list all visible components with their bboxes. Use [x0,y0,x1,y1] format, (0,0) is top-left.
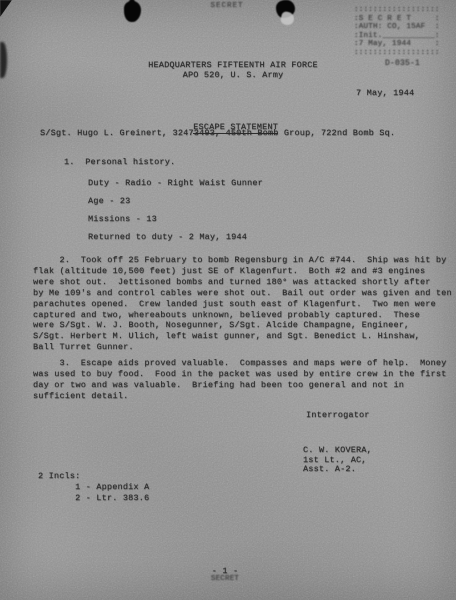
edge-smudge [0,42,7,78]
text-line: Returned to duty - 2 May, 1944 [88,228,263,246]
text-line: were S/Sgt. W. J. Booth, Nosegunner, S/S… [33,320,452,331]
document-date: 7 May, 1944 [356,88,414,98]
classification-stamp-box: :::::::::::::::::::S E C R E T ::AUTH: C… [354,6,440,58]
reference-number: D-035-1 [385,59,420,68]
document-page: SECRET :::::::::::::::::::S E C R E T ::… [0,0,456,600]
text-line: Missions - 13 [88,210,263,228]
letterhead-line2: APO 520, U. S. Army [103,70,363,80]
text-line: captured and two, whereabouts unknown, b… [33,310,452,321]
enclosures-block: 2 Incls: 1 - Appendix A 2 - Ltr. 383.6 [38,471,149,504]
signature-block: C. W. KOVERA,1st Lt., AC,Asst. A-2. [303,446,372,475]
text-line: day or two and was valuable. Briefing ha… [33,380,446,391]
text-line: was used to buy food. Food in the packet… [33,369,446,380]
text-line: sufficient detail. [33,391,446,402]
text-line: :::::::::::::::::: [354,6,440,15]
text-line: 1 - Appendix A [38,482,149,493]
text-line: parachutes opened. Crew landed just sout… [33,299,452,310]
text-line: Age - 23 [88,192,263,210]
top-secret-stamp: SECRET [195,2,259,10]
text-line: 2. Took off 25 February to bomb Regensbu… [33,255,452,266]
punch-hole-left [124,1,141,22]
text-line: flak (altitude 10,500 feet) just SE of K… [33,266,452,277]
footer-secret-stamp: SECRET [165,575,285,583]
paragraph-2: 2. Took off 25 February to bomb Regensbu… [33,255,452,353]
subject-line: S/Sgt. Hugo L. Greinert, 32473493, 450th… [40,128,395,138]
text-line: 3. Escape aids proved valuable. Compasse… [33,358,446,369]
corner-ink-mark [0,0,12,17]
text-line: :S E C R E T : [354,15,440,24]
text-line: were shot out. Jettisoned bombs and turn… [33,277,452,288]
section-1-heading: 1. Personal history. [64,157,175,167]
section-1-items: Duty - Radio - Right Waist GunnerAge - 2… [88,174,263,246]
text-line: 2 - Ltr. 383.6 [38,493,149,504]
text-line: Asst. A-2. [303,465,372,475]
text-line: Duty - Radio - Right Waist Gunner [88,174,263,192]
text-line: :AUTH: CO, 15AF : [354,23,440,32]
text-line: S/Sgt. Herbert M. Ulich, left waist gunn… [33,331,452,342]
text-line: by Me 109's and control cables were shot… [33,288,452,299]
text-line: :7 May, 1944 : [354,40,440,49]
interrogator-label: Interrogator [306,410,370,420]
text-line: :::::::::::::::::: [354,49,440,58]
text-line: 2 Incls: [38,471,149,482]
paragraph-3: 3. Escape aids proved valuable. Compasse… [33,358,446,402]
letterhead-line1: HEADQUARTERS FIFTEENTH AIR FORCE [103,60,363,70]
text-line: Ball Turret Gunner. [33,342,452,353]
